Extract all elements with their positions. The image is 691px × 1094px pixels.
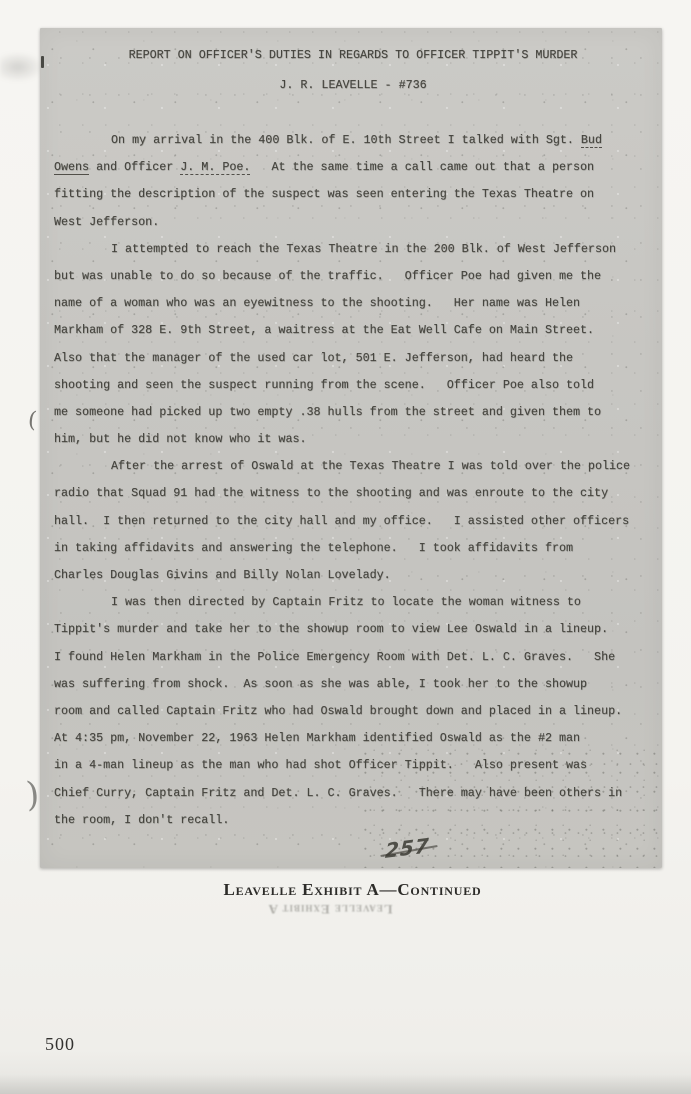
pencil-paren-mark: ( xyxy=(27,408,38,434)
typed-text: and Officer xyxy=(89,160,180,174)
underlined-name-poe: J. M. Poe. xyxy=(180,160,250,175)
page-bottom-shadow xyxy=(0,1074,691,1094)
typed-line: West Jefferson. xyxy=(54,209,652,236)
typed-line: him, but he did not know who it was. xyxy=(54,426,652,453)
typed-line: Markham of 328 E. 9th Street, a waitress… xyxy=(54,317,652,344)
typed-line: the room, I don't recall. xyxy=(54,807,652,834)
typed-line: At 4:35 pm, November 22, 1963 Helen Mark… xyxy=(54,725,652,752)
typed-line: shooting and seen the suspect running fr… xyxy=(54,372,652,399)
typed-line: Owens and Officer J. M. Poe. At the same… xyxy=(54,154,652,181)
typed-line: I attempted to reach the Texas Theatre i… xyxy=(54,236,652,263)
typed-line: I found Helen Markham in the Police Emer… xyxy=(54,644,652,671)
typed-line: hall. I then returned to the city hall a… xyxy=(54,508,652,535)
underlined-name-owens: Owens xyxy=(54,160,89,175)
typed-text: At the same time a call came out that a … xyxy=(250,160,594,174)
pencil-paren-mark: ) xyxy=(25,775,41,816)
report-author-badge: J. R. LEAVELLE - #736 xyxy=(54,70,652,100)
typed-line: in a 4-man lineup as the man who had sho… xyxy=(54,752,652,779)
typed-line: me someone had picked up two empty .38 h… xyxy=(54,399,652,426)
typed-line: was suffering from shock. As soon as she… xyxy=(54,671,652,698)
typed-line: After the arrest of Oswald at the Texas … xyxy=(54,453,652,480)
typed-line: name of a woman who was an eyewitness to… xyxy=(54,290,652,317)
typed-line: Chief Curry, Captain Fritz and Det. L. C… xyxy=(54,780,652,807)
scanned-book-page: REPORT ON OFFICER'S DUTIES IN REGARDS TO… xyxy=(0,0,691,1094)
typed-line: Charles Douglas Givins and Billy Nolan L… xyxy=(54,562,652,589)
typed-line: fitting the description of the suspect w… xyxy=(54,181,652,208)
typed-line: I was then directed by Captain Fritz to … xyxy=(54,589,652,616)
report-body: On my arrival in the 400 Blk. of E. 10th… xyxy=(54,127,652,834)
exhibit-caption: Leavelle Exhibit A—Continued xyxy=(0,880,691,900)
margin-smudge xyxy=(0,52,44,82)
typed-line: On my arrival in the 400 Blk. of E. 10th… xyxy=(54,127,652,154)
typed-line: but was unable to do so because of the t… xyxy=(54,263,652,290)
typewritten-report: REPORT ON OFFICER'S DUTIES IN REGARDS TO… xyxy=(54,40,652,834)
typed-text: On my arrival in the 400 Blk. of E. 10th… xyxy=(111,133,581,147)
typed-line: room and called Captain Fritz who had Os… xyxy=(54,698,652,725)
photostat-document: REPORT ON OFFICER'S DUTIES IN REGARDS TO… xyxy=(40,28,662,868)
typed-line: radio that Squad 91 had the witness to t… xyxy=(54,480,652,507)
bleed-through-text: Leavelle Exhibit A xyxy=(0,901,660,917)
typed-line: Tippit's murder and take her to the show… xyxy=(54,616,652,643)
report-title: REPORT ON OFFICER'S DUTIES IN REGARDS TO… xyxy=(54,40,652,70)
pencil-tick-mark xyxy=(41,56,44,68)
typed-line: Also that the manager of the used car lo… xyxy=(54,345,652,372)
underlined-name-bud: Bud xyxy=(581,133,602,148)
page-number: 500 xyxy=(45,1034,75,1055)
typed-line: in taking affidavits and answering the t… xyxy=(54,535,652,562)
